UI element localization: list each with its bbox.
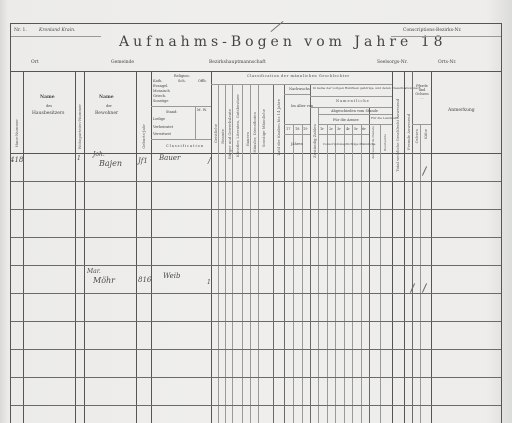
class-col-label: Geistliche	[213, 124, 218, 143]
foreign-label: Fremde Anwesend	[406, 114, 411, 150]
religion-classification: Classification	[166, 144, 204, 148]
col-divider	[310, 84, 311, 423]
col-owner-label-2: des	[46, 104, 52, 108]
army-col: 5r	[354, 127, 358, 131]
religion-col-a: Sch.	[178, 79, 186, 83]
col-divider	[218, 84, 219, 423]
col-divider	[352, 124, 353, 423]
field-place-nr: Orts-Nr.	[438, 60, 457, 65]
field-place: Ort	[31, 60, 39, 65]
army-col: 4r	[346, 127, 350, 131]
row5-class-tick: 1	[207, 279, 211, 286]
crown-land: Kronland Krain.	[39, 28, 75, 33]
header-underline	[11, 36, 101, 37]
row-divider	[11, 237, 501, 238]
row-divider	[11, 293, 501, 294]
religion-divider	[151, 106, 211, 107]
army-col: 6r	[362, 127, 366, 131]
sex-header: M. W.	[197, 108, 207, 112]
status-row: Verheiratet	[153, 125, 173, 129]
row1-house-number: 418	[10, 156, 23, 164]
landwehr-col: Anwesend im Dienste	[371, 126, 375, 159]
whereabouts-label: Abgeschieden vom Stande	[331, 109, 378, 113]
col-divider	[392, 71, 393, 423]
age-col: 17	[286, 127, 290, 131]
col-divider	[75, 71, 76, 423]
conscription-district: Conscriptions-Bezirks-Nr.	[403, 28, 462, 33]
religion-row: Mosaisch	[153, 89, 170, 93]
col-divider	[380, 124, 381, 423]
col-divider	[404, 71, 405, 423]
col-house-number: Haus-Nummer	[14, 119, 19, 147]
col-divider	[250, 84, 251, 423]
class-col-label: Künstler, Literaten, Gutsbesitzer	[235, 94, 240, 157]
for-army-label: Für die Armee	[333, 118, 359, 122]
col-owner-label-3: Hausbesitzers	[32, 111, 64, 116]
row1-class: Bauer	[159, 154, 180, 162]
status-title: Stand:	[166, 110, 178, 114]
col-remarks: Anmerkung	[448, 108, 475, 113]
col-divider	[361, 124, 362, 423]
livestock-label: Pferde und Ochsen ...	[414, 84, 430, 100]
religion-row: Evangel.	[153, 84, 168, 88]
religion-divider	[195, 106, 196, 139]
col-resident-label-2: der	[106, 104, 112, 108]
status-row: Verwitwet	[153, 132, 171, 136]
row1-resident-first: Joh.	[93, 151, 105, 158]
army-col: 1r	[320, 127, 324, 131]
jahren-label: Jahren	[291, 142, 303, 146]
col-divider	[84, 71, 85, 423]
class-col-label: Häusler, Dienstboten	[252, 112, 257, 153]
row-divider	[11, 405, 501, 406]
col-divider	[258, 84, 259, 423]
col-divider	[273, 84, 274, 423]
class-col-label: Beamte	[220, 129, 225, 144]
religion-divider	[151, 139, 211, 140]
census-form: Nr. 1. Kronland Krain. Aufnahms-Bogen vo…	[10, 23, 502, 423]
army-divider	[318, 124, 392, 125]
row5-mark-icon	[422, 283, 427, 292]
check-mark-icon	[271, 21, 284, 32]
classification-title: Classification der männlichen Geschlecht…	[247, 74, 350, 78]
nachwuchs-divider	[284, 94, 310, 95]
in-service-label: Zuständig Zahlen	[312, 124, 317, 158]
row5-class: Weib	[163, 272, 181, 280]
namentlich-label: Namentliche	[336, 99, 370, 103]
total-female-label: Total weibliche Geschlecht Anwesend	[395, 99, 400, 172]
col-divider	[302, 124, 303, 423]
conscription-subject: Conscriptionspflichtige Männliche	[323, 142, 375, 146]
col-divider	[211, 71, 212, 423]
row1-mark-icon	[422, 166, 427, 175]
landwehr-col: Beurlaubte	[383, 134, 387, 151]
field-parish-nr: Seelsorgs-Nr.	[377, 60, 408, 65]
col-divider	[335, 124, 336, 423]
row-divider	[11, 181, 501, 182]
row1-class-tick: /	[208, 156, 211, 165]
col-divider	[242, 84, 243, 423]
row5-birth-year: 816	[138, 276, 151, 284]
col-divider	[136, 71, 137, 423]
col-divider	[327, 124, 328, 423]
class-col-label: Bauern	[245, 132, 250, 146]
whereabouts-divider	[318, 114, 392, 115]
class-col-label: Sonstige Männliche	[261, 109, 266, 147]
col-birth-year: Geburts-Jahr	[141, 124, 146, 149]
religion-row: Griech.	[153, 94, 166, 98]
form-number: Nr. 1.	[14, 28, 27, 33]
col-divider	[151, 71, 152, 423]
status-row: Ledige	[153, 117, 165, 121]
row1-birth-year: Jf1	[138, 157, 148, 165]
row-divider	[11, 321, 501, 322]
religion-col-b: Offb.	[198, 79, 207, 83]
religion-row: Sonstige	[153, 99, 168, 103]
col-divider	[344, 124, 345, 423]
livestock-col: Ochsen	[414, 129, 419, 143]
col-owner-label-1: Name	[40, 95, 55, 100]
age-divider	[284, 134, 310, 135]
row5-resident-last: Möhr	[93, 276, 115, 285]
religion-row: Kath.	[153, 79, 162, 83]
col-resident-label-3: Bewohner	[95, 111, 118, 116]
age-col: 19	[303, 127, 307, 131]
col-apartment-number: Wohnparteien-Nummer	[77, 104, 82, 149]
row1-resident-last: Bajen	[99, 159, 122, 168]
col-divider	[23, 71, 24, 423]
class-col-label: Zahl der Knaben bis 14 Jahre	[276, 99, 281, 155]
army-col: 3r	[337, 127, 341, 131]
nachwuchs-label: Nachwuchs	[289, 87, 310, 91]
col-divider	[232, 84, 233, 423]
col-divider	[293, 124, 294, 423]
age-divider	[284, 124, 310, 125]
reserve-text: In keine der vorigen Rubriken gehörige, …	[313, 86, 421, 90]
row1-apartment: 1	[77, 155, 81, 162]
livestock-col: Kühe	[423, 129, 428, 139]
row-divider	[11, 209, 501, 210]
row5-resident-first: Mar.	[87, 268, 101, 275]
district-underline	[391, 36, 501, 37]
row-divider	[11, 349, 501, 350]
row-divider	[11, 265, 501, 266]
col-divider	[431, 71, 432, 423]
reserve-divider	[310, 96, 392, 97]
religion-title: Religion:	[174, 74, 190, 78]
age-col: 18	[295, 127, 299, 131]
col-divider	[420, 124, 421, 423]
col-resident-label-1: Name	[99, 95, 114, 100]
livestock-divider	[412, 124, 431, 125]
row-divider	[11, 377, 501, 378]
class-col-label: Bürger und Gewerbsleute	[227, 109, 232, 159]
army-col: 2r	[329, 127, 333, 131]
col-divider	[225, 84, 226, 423]
namentlich-divider	[310, 107, 392, 108]
army-divider	[318, 134, 369, 135]
field-municipality: Gemeinde	[111, 60, 134, 65]
field-district-captaincy: Bezirkshauptmannschaft	[209, 60, 266, 65]
classification-divider	[211, 84, 392, 85]
